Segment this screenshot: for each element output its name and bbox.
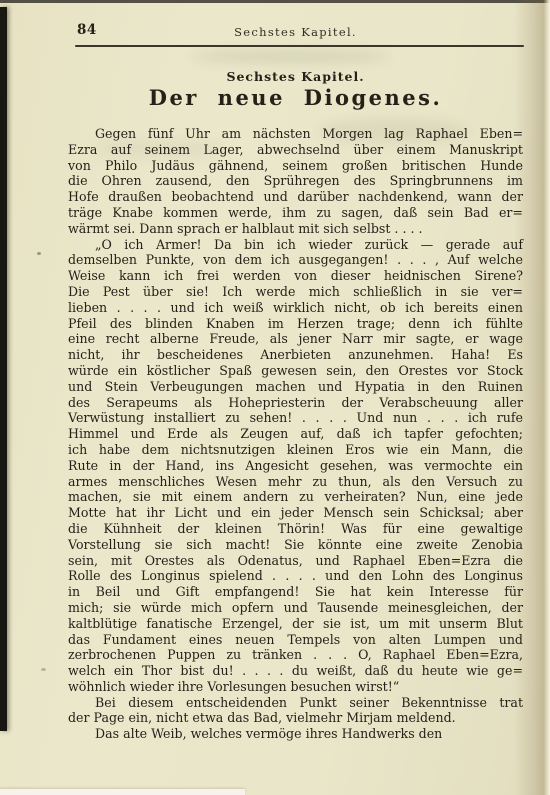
paragraph: „O ich Armer! Da bin ich wieder zurück —… <box>68 237 523 695</box>
text-line: Himmel und Erde als Zeugen auf, daß ich … <box>68 426 523 442</box>
text-line: träge Knabe kommen werde, ihm zu sagen, … <box>68 205 523 221</box>
header-rule <box>75 45 524 47</box>
text-line: die Kühnheit der kleinen Thörin! Was für… <box>68 521 523 537</box>
chapter-heading: Sechstes Kapitel. <box>68 69 523 84</box>
scan-top-edge <box>0 0 550 3</box>
text-block: Gegen fünf Uhr am nächsten Morgen lag Ra… <box>68 126 523 742</box>
text-line: das Fundament eines neuen Tempels von al… <box>68 632 523 648</box>
text-line: sein, mit Orestes als Odenatus, und Raph… <box>68 553 523 569</box>
text-line: Das alte Weib, welches vermöge ihres Han… <box>68 726 523 742</box>
text-line: in Beil und Gift empfangend! Sie hat kei… <box>68 584 523 600</box>
text-line: Hofe draußen beobachtend und darüber nac… <box>68 189 523 205</box>
text-line: Rolle des Longinus spielend . . . . und … <box>68 568 523 584</box>
text-line: würde ein köstlicher Spaß gewesen sein, … <box>68 363 523 379</box>
text-line: Gegen fünf Uhr am nächsten Morgen lag Ra… <box>68 126 523 142</box>
text-line: nicht, ihr bescheidenes Anerbieten anzun… <box>68 347 523 363</box>
text-line: Die Pest über sie! Ich werde mich schlie… <box>68 284 523 300</box>
text-line: zerbrochenen Puppen zu tränken . . . O, … <box>68 647 523 663</box>
text-line: die Ohren zausend, den Sprühregen des Sp… <box>68 173 523 189</box>
text-line: machen, sie mit einem andern zu verheira… <box>68 489 523 505</box>
scan-left-edge <box>0 7 7 731</box>
ink-speck <box>37 252 41 255</box>
text-line: lieben . . . . und ich weiß wirklich nic… <box>68 300 523 316</box>
book-page: 84 Sechstes Kapitel. Sechstes Kapitel. D… <box>0 0 550 795</box>
text-line: Motte hat ihr Licht und ein jeder Mensch… <box>68 505 523 521</box>
text-line: des Serapeums als Hohepriesterin der Ver… <box>68 395 523 411</box>
text-line: eine recht alberne Freude, als jener Nar… <box>68 331 523 347</box>
running-header: Sechstes Kapitel. <box>68 25 523 39</box>
paragraph: Bei diesem entscheidenden Punkt seiner B… <box>68 695 523 727</box>
text-line: armes menschliches Wesen mehr zu thun, a… <box>68 474 523 490</box>
scan-bottom-edge-strip <box>0 789 245 795</box>
text-line: wärmt sei. Dann sprach er halblaut mit s… <box>68 221 523 237</box>
text-line: mich; sie würde mich opfern und Tausende… <box>68 600 523 616</box>
show-through-smudge <box>190 50 390 63</box>
text-line: „O ich Armer! Da bin ich wieder zurück —… <box>68 237 523 253</box>
text-line: welch ein Thor bist du! . . . . du weißt… <box>68 663 523 679</box>
text-line: von Philo Judäus gähnend, seinem großen … <box>68 158 523 174</box>
text-line: ich habe dem nichtsnutzigen kleinen Eros… <box>68 442 523 458</box>
text-line: wöhnlich wieder ihre Vorlesungen besuche… <box>68 679 523 695</box>
text-line: demselben Punkte, von dem ich ausgegange… <box>68 252 523 268</box>
text-line: Ezra auf seinem Lager, abwechselnd über … <box>68 142 523 158</box>
text-line: kaltblütige fanatische Erzengel, der sie… <box>68 616 523 632</box>
text-line: der Page ein, nicht etwa das Bad, vielme… <box>68 710 523 726</box>
text-line: Verwüstung installiert zu sehen! . . . .… <box>68 410 523 426</box>
text-line: und Stein Verbeugungen machen und Hypati… <box>68 379 523 395</box>
text-line: Rute in der Hand, ins Angesicht gesehen,… <box>68 458 523 474</box>
text-line: Vorstellung sie sich macht! Sie könnte e… <box>68 537 523 553</box>
text-line: Weise kann ich frei werden von dieser he… <box>68 268 523 284</box>
paragraph: Gegen fünf Uhr am nächsten Morgen lag Ra… <box>68 126 523 237</box>
paragraph: Das alte Weib, welches vermöge ihres Han… <box>68 726 523 742</box>
text-line: Bei diesem entscheidenden Punkt seiner B… <box>68 695 523 711</box>
ink-speck <box>41 668 46 671</box>
text-line: Pfeil des blinden Knaben im Herzen trage… <box>68 316 523 332</box>
chapter-title: Der neue Diogenes. <box>68 85 523 110</box>
